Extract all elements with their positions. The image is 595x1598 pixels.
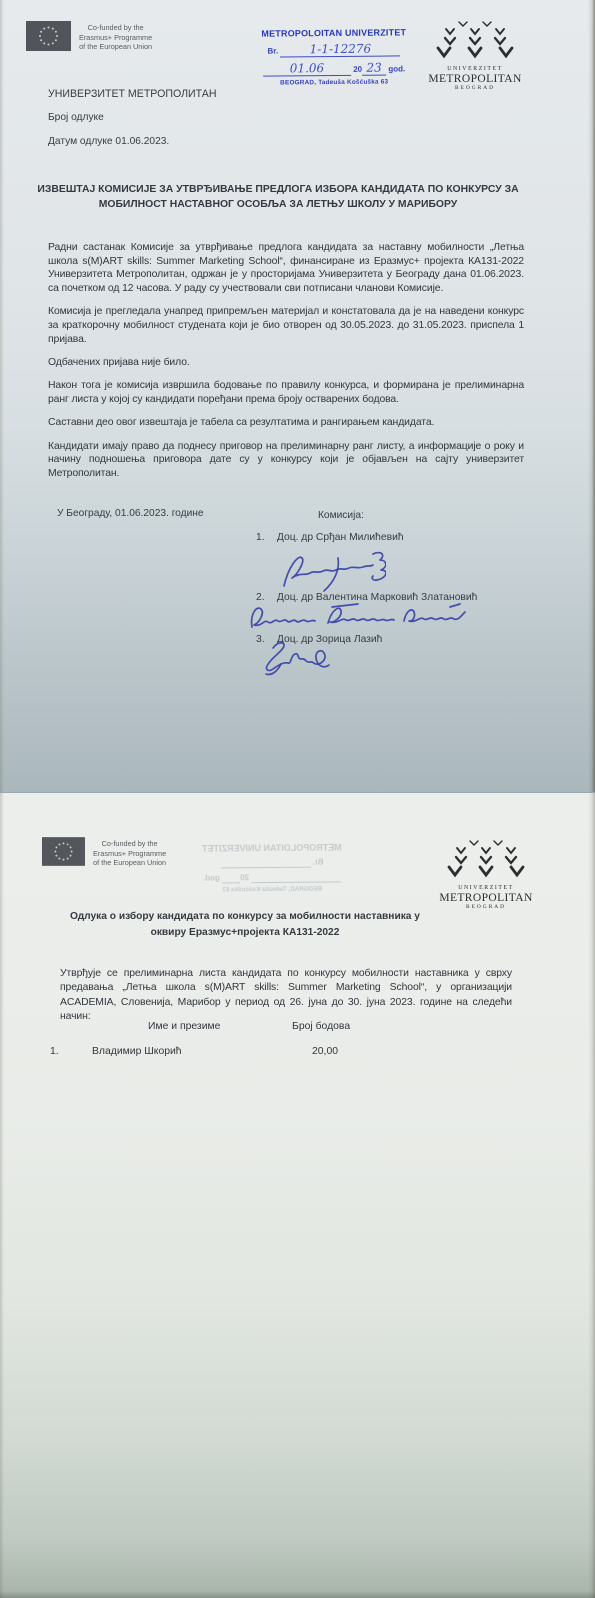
ghost-stamp-org: METROPOLOITAN UNIVERZITET	[182, 842, 362, 854]
ghost-stamp-number-row: Br.	[182, 857, 362, 869]
photo-edge-right	[588, 0, 595, 792]
page-2-decision: Co-funded by the Erasmus+ Programme of t…	[0, 793, 595, 1598]
ghost-stamp-address: BEOGRAD, Tadeuša Košćuška 63	[182, 885, 362, 894]
uni-logo-line1: UNIVERZITET	[423, 66, 527, 72]
eu-caption-line: Co-funded by the	[79, 23, 152, 33]
stamp-date-row: 01.06 2023 god.	[239, 60, 429, 77]
signature-lazic	[261, 636, 337, 676]
stamp-date-handwritten: 01.06	[290, 61, 324, 75]
eu-cofunded-logo: Co-funded by the Erasmus+ Programme of t…	[42, 837, 166, 868]
commission-label: Комисија:	[318, 510, 364, 521]
stamp-bleed-through: METROPOLOITAN UNIVERZITET Br. 20 god. BE…	[182, 842, 362, 894]
uni-logo-line1: UNIVERZITET	[434, 885, 538, 891]
table-header-score: Број бодова	[292, 1021, 350, 1032]
stamp-address: BEOGRAD, Tadeuša Košćuška 63	[239, 78, 429, 87]
candidate-name: Владимир Шкорић	[92, 1046, 182, 1057]
decision-title-line2: оквиру Еразмус+пројекта КА131-2022	[14, 925, 476, 941]
photo-edge-left	[0, 793, 4, 1598]
eu-flag-icon	[42, 837, 85, 866]
ghost-stamp-date-row: 20 god.	[182, 872, 362, 884]
decision-date: Датум одлуке 01.06.2023.	[48, 136, 169, 147]
stamp-year-handwritten: 23	[366, 61, 381, 75]
stamp-year-suffix: god.	[388, 64, 405, 73]
chevron-flock-icon	[436, 20, 514, 60]
chevron-flock-icon	[447, 839, 525, 879]
signature-markovic-zlatanovic	[244, 599, 468, 635]
eu-logo-caption: Co-funded by the Erasmus+ Programme of t…	[79, 21, 152, 52]
report-title-line1: ИЗВЕШТАЈ КОМИСИЈЕ ЗА УТВРЂИВАЊЕ ПРЕДЛОГА…	[32, 182, 524, 197]
eu-logo-caption: Co-funded by the Erasmus+ Programme of t…	[93, 837, 166, 868]
report-title-line2: МОБИЛНОСТ НАСТАВНОГ ОСОБЉА ЗА ЛЕТЊУ ШКОЛ…	[32, 197, 524, 212]
uni-logo-line2: METROPOLITAN	[423, 73, 527, 85]
stamp-year-prefix: 20	[353, 65, 362, 74]
candidate-score: 20,00	[312, 1046, 338, 1057]
paragraph: Комисија је прегледала унапред припремље…	[48, 305, 524, 346]
paragraph: Радни састанак Комисије за утврђивање пр…	[48, 241, 524, 296]
page-1-report: Co-funded by the Erasmus+ Programme of t…	[0, 0, 595, 793]
decision-title: Одлука о избору кандидата по конкурсу за…	[14, 909, 476, 941]
eu-cofunded-logo: Co-funded by the Erasmus+ Programme of t…	[26, 21, 152, 52]
paragraph: Одбачених пријава није било.	[48, 356, 524, 370]
metropolitan-university-logo: UNIVERZITET METROPOLITAN BEOGRAD	[434, 839, 538, 910]
place-and-date: У Београду, 01.06.2023. године	[57, 508, 204, 519]
metropolitan-university-logo: UNIVERZITET METROPOLITAN BEOGRAD	[423, 20, 527, 91]
report-title: ИЗВЕШТАЈ КОМИСИЈЕ ЗА УТВРЂИВАЊЕ ПРЕДЛОГА…	[32, 182, 524, 212]
ghost-year-suffix: god.	[203, 873, 220, 882]
stamp-number-row: Br. 1-1-12276	[239, 41, 429, 58]
photo-edge-right	[588, 793, 595, 1598]
eu-caption-line: Erasmus+ Programme	[93, 849, 166, 859]
commission-member-1: 1. Доц. др Срђан Милићевић	[256, 532, 404, 543]
paragraph: Након тога је комисија извршила бодовање…	[48, 379, 524, 406]
paragraph: Кандидати имају право да поднесу пригово…	[48, 440, 524, 481]
decision-paragraph: Утврђује се прелиминарна листа кандидата…	[60, 967, 512, 1024]
ghost-year-prefix: 20	[240, 873, 249, 882]
stamp-org-name: METROPOLOITAN UNIVERZITET	[239, 27, 429, 39]
eu-caption-line: of the European Union	[93, 858, 166, 868]
member-name: Доц. др Срђан Милићевић	[277, 532, 404, 543]
uni-logo-line3: BEOGRAD	[423, 85, 527, 91]
decision-title-line1: Одлука о избору кандидата по конкурсу за…	[14, 909, 476, 925]
eu-flag-icon	[26, 21, 71, 51]
eu-caption-line: of the European Union	[79, 42, 152, 52]
photo-edge-left	[0, 0, 4, 792]
stamp-number-handwritten: 1-1-12276	[310, 42, 372, 57]
registry-stamp: METROPOLOITAN UNIVERZITET Br. 1-1-12276 …	[239, 27, 429, 87]
signature-milicevic	[278, 548, 386, 592]
stamp-br-label: Br.	[267, 46, 278, 55]
report-body: Радни састанак Комисије за утврђивање пр…	[48, 241, 524, 490]
row-number: 1.	[50, 1046, 59, 1057]
university-name: УНИВЕРЗИТЕТ МЕТРОПОЛИТАН	[48, 88, 217, 100]
member-number: 1.	[256, 532, 274, 543]
photo-edge-bottom	[0, 1591, 595, 1598]
eu-caption-line: Co-funded by the	[93, 839, 166, 849]
decision-number-label: Број одлуке	[48, 112, 104, 123]
table-header-name: Име и презиме	[148, 1021, 220, 1032]
ghost-br-label: Br.	[313, 858, 324, 867]
paragraph: Саставни део овог извештаја је табела са…	[48, 416, 524, 430]
uni-logo-line2: METROPOLITAN	[434, 892, 538, 904]
document-photo: Co-funded by the Erasmus+ Programme of t…	[0, 0, 595, 1598]
eu-caption-line: Erasmus+ Programme	[79, 33, 152, 43]
